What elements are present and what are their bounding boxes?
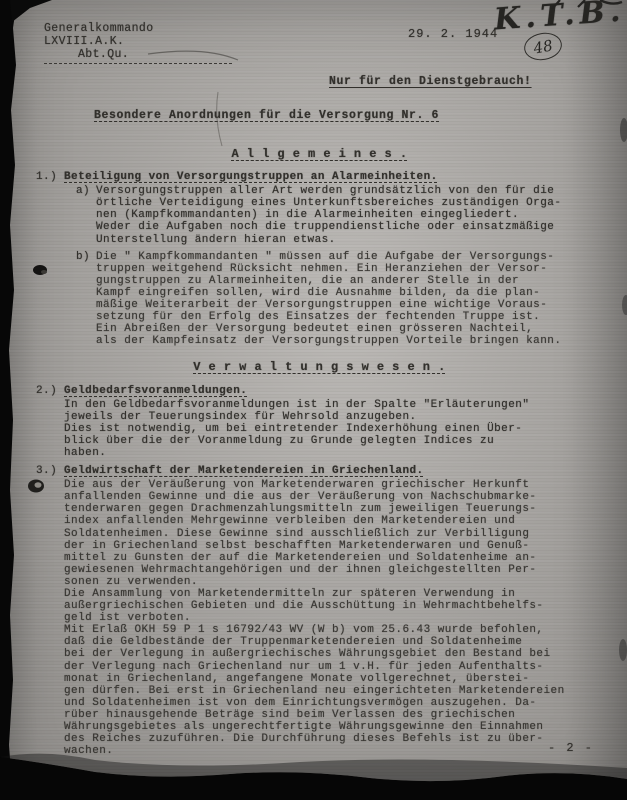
subitem-b: b) Die " Kampfkommandanten " müssen auf …	[76, 251, 603, 348]
sender-department: Abt.Qu.	[44, 48, 232, 64]
item-2-paragraph: In den Geldbedarfsvoranmeldungen ist in …	[64, 399, 603, 459]
item-2: 2.) Geldbedarfsvoranmeldungen.	[36, 385, 603, 397]
subitem-a: a) Versorgungstruppen aller Art werden g…	[76, 185, 603, 245]
item-1-number: 1.)	[36, 171, 64, 183]
document-body: A l l g e m e i n e s . 1.) Beteiligung …	[36, 146, 603, 763]
handwritten-ktb-note: K.T.B.	[493, 0, 626, 38]
subitem-a-text: Versorgungstruppen aller Art werden grun…	[96, 185, 603, 245]
subitem-a-marker: a)	[76, 185, 96, 245]
page-number: - 2 -	[548, 741, 594, 755]
document-title: Besondere Anordnungen für die Versorgung…	[94, 109, 439, 122]
item-3-number: 3.)	[36, 465, 64, 477]
item-1: 1.) Beteiligung von Versorgungstruppen a…	[36, 171, 603, 183]
document-date: 29. 2. 1944	[408, 27, 498, 41]
item-1-heading: Beteiligung von Versorgungstruppen an Al…	[64, 171, 438, 183]
classification-marking: Nur für den Dienstgebrauch!	[329, 75, 532, 88]
item-3-heading: Geldwirtschaft der Marketendereien in Gr…	[64, 465, 424, 477]
scanned-document-page: { "document": { "stamps": { "ktb": "K.T.…	[0, 0, 627, 800]
section-heading-verwaltungswesen: V e r w a l t u n g s w e s e n .	[36, 361, 603, 373]
paper-background: Generalkommando LXVIII.A.K. Abt.Qu. 29. …	[0, 0, 627, 800]
sender-unit-block: Generalkommando LXVIII.A.K. Abt.Qu.	[44, 22, 232, 64]
item-3: 3.) Geldwirtschaft der Marketendereien i…	[36, 465, 603, 477]
sender-unit: Generalkommando LXVIII.A.K.	[44, 22, 232, 48]
item-3-paragraph: Die aus der Veräußerung von Marketenderw…	[64, 479, 603, 757]
section-heading-allgemeines: A l l g e m e i n e s .	[36, 148, 603, 160]
item-2-heading: Geldbedarfsvoranmeldungen.	[64, 385, 247, 397]
subitem-b-marker: b)	[76, 251, 96, 348]
subitem-b-text: Die " Kampfkommandanten " müssen auf die…	[96, 251, 603, 348]
item-2-number: 2.)	[36, 385, 64, 397]
